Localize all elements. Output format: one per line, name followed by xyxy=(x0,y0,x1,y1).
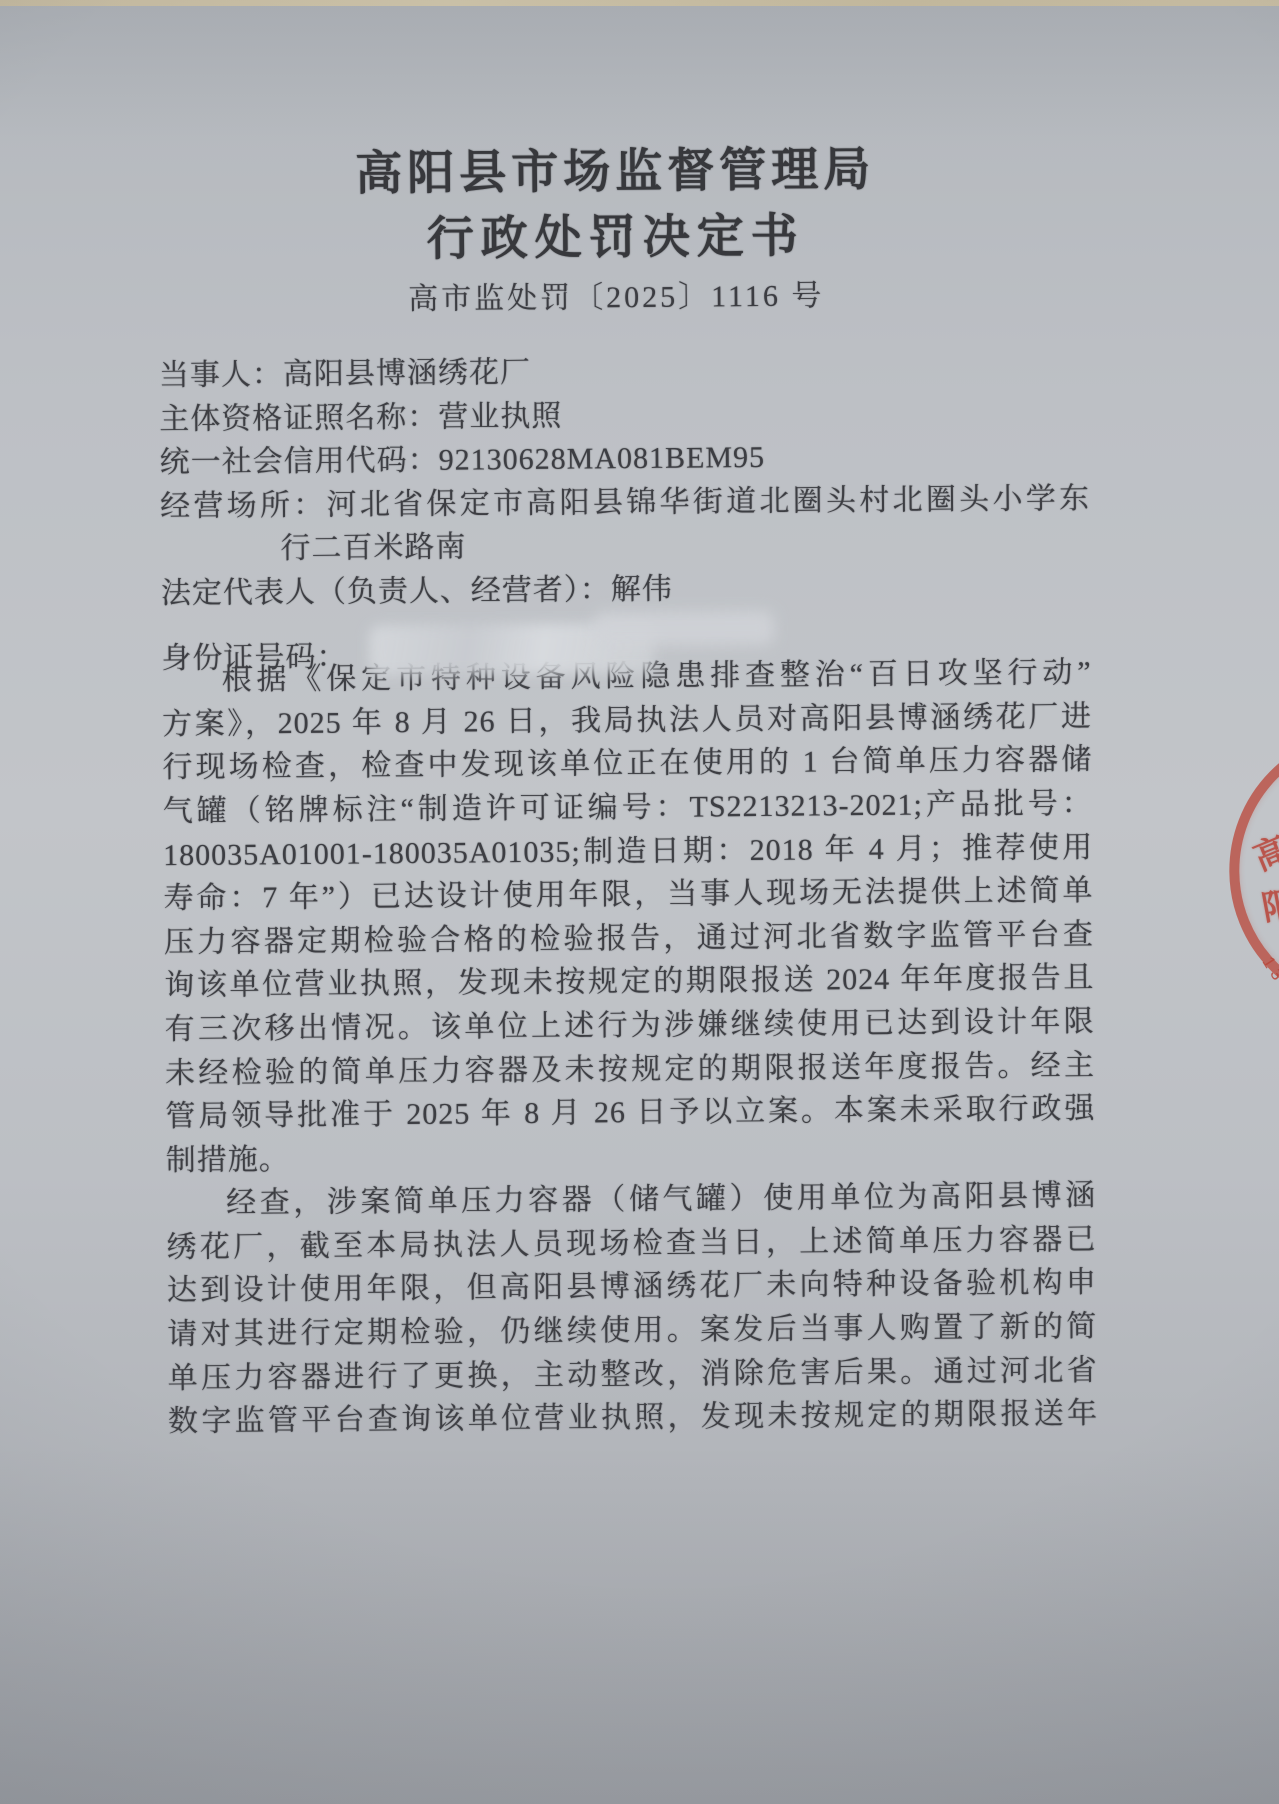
document-line-text: 询该单位营业执照，发现未按规定的期限报送 2024 年年度报告且 xyxy=(164,961,1094,1002)
document-line: 有三次移出情况。该单位上述行为涉嫌继续使用已达到设计年限 xyxy=(164,1000,1094,1052)
document-line-text: 单压力容器进行了更换，主动整改，消除危害后果。通过河北省 xyxy=(168,1354,1098,1395)
document-line-text: 根据《保定市特种设备风险隐患排查整治“百日攻坚行动” xyxy=(221,656,1091,697)
official-seal-stamp: 高 阳 13062 xyxy=(1228,728,1279,1012)
document-line-text: 达到设计使用年限，但高阳县博涵绣花厂未向特种设备验机构申 xyxy=(167,1266,1097,1307)
document-line-text: 气罐（铭牌标注“制造许可证编号：TS2213213-2021;产品批号： xyxy=(163,787,1093,828)
document-sheet: 高阳县市场监督管理局 行政处罚决定书 高市监处罚〔2025〕1116 号 当事人… xyxy=(0,0,1279,1804)
document-line-text: 180035A01001-180035A01035;制造日期：2018 年 4 … xyxy=(163,831,1093,872)
document-line-text: 压力容器定期检验合格的检验报告，通过河北省数字监管平台查 xyxy=(164,918,1094,959)
document-line-text: 法定代表人（负责人、经营者）：解伟 xyxy=(161,573,673,610)
document-photo: 高阳县市场监督管理局 行政处罚决定书 高市监处罚〔2025〕1116 号 当事人… xyxy=(0,0,1279,1804)
document-line-text: 主体资格证照名称：营业执照 xyxy=(159,399,562,436)
document-title-type: 行政处罚决定书 xyxy=(0,195,1236,273)
background-surface xyxy=(0,0,1279,6)
document-body: 当事人：高阳县博涵绣花厂主体资格证照名称：营业执照统一社会信用代码：921306… xyxy=(159,346,1098,1444)
document-line: 数字监管平台查询该单位营业执照，发现未按规定的期限报送年 xyxy=(168,1392,1098,1444)
document-line-text: 请对其进行定期检验，仍继续使用。案发后当事人购置了新的简 xyxy=(167,1310,1097,1351)
document-line-text: 经查，涉案简单压力容器（储气罐）使用单位为高阳县博涵 xyxy=(226,1179,1096,1220)
seal-code: 13062 xyxy=(1258,953,1279,1025)
document-line-text: 行现场检查，检查中发现该单位正在使用的 1 台简单压力容器储 xyxy=(162,743,1092,784)
document-line: 寿命：7 年”）已达设计使用年限，当事人现场无法提供上述简单 xyxy=(163,869,1093,921)
document-line: 经营场所：河北省保定市高阳县锦华街道北圈头村北圈头小学东 xyxy=(160,477,1090,529)
document-line: 请对其进行定期检验，仍继续使用。案发后当事人购置了新的简 xyxy=(167,1305,1097,1357)
document-line-text: 经营场所：河北省保定市高阳县锦华街道北圈头村北圈头小学东 xyxy=(160,482,1090,523)
seal-character: 高 xyxy=(1245,822,1279,880)
document-title-agency: 高阳县市场监督管理局 xyxy=(0,129,1235,207)
document-line-text: 行二百米路南 xyxy=(280,531,466,566)
document-line-text: 寿命：7 年”）已达设计使用年限，当事人现场无法提供上述简单 xyxy=(163,874,1093,915)
document-line-text: 方案》，2025 年 8 月 26 日，我局执法人员对高阳县博涵绣花厂进 xyxy=(162,700,1092,741)
redacted-id-number xyxy=(594,610,774,646)
seal-character: 阳 xyxy=(1257,876,1279,930)
document-line: 管局领导批准于 2025 年 8 月 26 日予以立案。本案未采取行政强 xyxy=(165,1087,1095,1139)
document-line-text: 制措施。 xyxy=(166,1143,290,1177)
document-line-text: 未经检验的简单压力容器及未按规定的期限报送年度报告。经主 xyxy=(165,1049,1095,1090)
document-line-text: 有三次移出情况。该单位上述行为涉嫌继续使用已达到设计年限 xyxy=(165,1005,1095,1046)
document-line: 气罐（铭牌标注“制造许可证编号：TS2213213-2021;产品批号： xyxy=(163,782,1093,834)
document-line-text: 管局领导批准于 2025 年 8 月 26 日予以立案。本案未采取行政强 xyxy=(165,1092,1095,1133)
document-line-text: 当事人：高阳县博涵绣花厂 xyxy=(159,356,531,392)
document-line-text: 数字监管平台查询该单位营业执照，发现未按规定的期限报送年 xyxy=(168,1397,1098,1438)
document-number: 高市监处罚〔2025〕1116 号 xyxy=(0,267,1236,322)
document-line-text: 绣花厂，截至本局执法人员现场检查当日，上述简单压力容器已 xyxy=(166,1223,1096,1264)
document-line-text: 统一社会信用代码：92130628MA081BEM95 xyxy=(160,441,766,479)
